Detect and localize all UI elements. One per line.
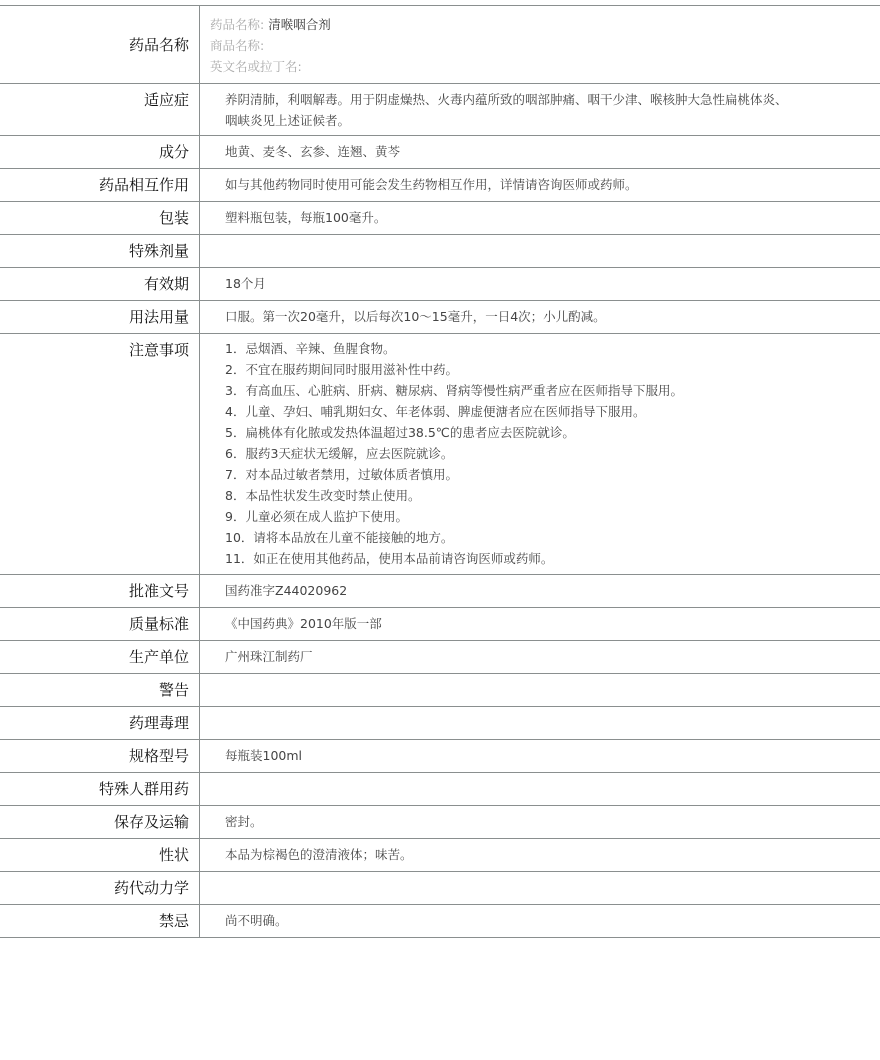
row-label: 规格型号 [0,740,200,773]
precaution-item: 4．儿童、孕妇、哺乳期妇女、年老体弱、脾虚便溏者应在医师指导下服用。 [225,401,880,422]
row-label: 药品相互作用 [0,169,200,202]
row-properties: 性状 本品为棕褐色的澄清液体；味苦。 [0,839,880,872]
drug-name-cell: 药品名称: 清喉咽合剂 商品名称: 英文名或拉丁名: [200,6,880,84]
row-interactions: 药品相互作用 如与其他药物同时使用可能会发生药物相互作用，详情请咨询医师或药师。 [0,169,880,202]
row-ingredients: 成分 地黄、麦冬、玄参、连翘、黄芩 [0,136,880,169]
precaution-item: 11．如正在使用其他药品，使用本品前请咨询医师或药师。 [225,548,880,569]
row-value [200,872,880,905]
row-label: 批准文号 [0,575,200,608]
row-value: 密封。 [200,806,880,839]
drug-spec-table: 药品名称 药品名称: 清喉咽合剂 商品名称: 英文名或拉丁名: 适应症 养阴清肺… [0,5,880,938]
row-indications: 适应症 养阴清肺，利咽解毒。用于阴虚燥热、火毒内蕴所致的咽部肿痛、咽干少津、喉核… [0,84,880,136]
row-value [200,707,880,740]
precaution-item: 5．扁桃体有化脓或发热体温超过38.5℃的患者应去医院就诊。 [225,422,880,443]
row-value: 18个月 [200,268,880,301]
row-warning: 警告 [0,674,880,707]
row-label: 质量标准 [0,608,200,641]
english-name-line: 英文名或拉丁名: [210,56,880,77]
row-value [200,235,880,268]
precaution-item: 10．请将本品放在儿童不能接触的地方。 [225,527,880,548]
precautions-list: 1．忌烟酒、辛辣、鱼腥食物。 2．不宜在服药期间同时服用滋补性中药。 3．有高血… [200,334,880,575]
drug-info-page: 药品名称 药品名称: 清喉咽合剂 商品名称: 英文名或拉丁名: 适应症 养阴清肺… [0,0,880,938]
row-value: 国药准字Z44020962 [200,575,880,608]
precaution-item: 8．本品性状发生改变时禁止使用。 [225,485,880,506]
trade-name-line: 商品名称: [210,35,880,56]
row-specification: 规格型号 每瓶装100ml [0,740,880,773]
row-pharmacology: 药理毒理 [0,707,880,740]
row-value [200,674,880,707]
row-label: 药代动力学 [0,872,200,905]
row-manufacturer: 生产单位 广州珠江制药厂 [0,641,880,674]
row-value: 每瓶装100ml [200,740,880,773]
precaution-item: 7．对本品过敏者禁用，过敏体质者慎用。 [225,464,880,485]
row-pharmacokinetics: 药代动力学 [0,872,880,905]
row-quality-standard: 质量标准 《中国药典》2010年版一部 [0,608,880,641]
english-name-key: 英文名或拉丁名: [210,59,302,74]
precaution-item: 1．忌烟酒、辛辣、鱼腥食物。 [225,338,880,359]
row-value: 口服。第一次20毫升，以后每次10～15毫升，一日4次；小儿酌减。 [200,301,880,334]
precaution-item: 6．服药3天症状无缓解，应去医院就诊。 [225,443,880,464]
row-label: 适应症 [0,84,200,136]
trade-name-key: 商品名称: [210,38,264,53]
row-label: 成分 [0,136,200,169]
row-label: 禁忌 [0,905,200,938]
row-label: 生产单位 [0,641,200,674]
row-packaging: 包装 塑料瓶包装，每瓶100毫升。 [0,202,880,235]
generic-name-key: 药品名称: [210,17,264,32]
row-label: 保存及运输 [0,806,200,839]
row-label: 用法用量 [0,301,200,334]
precaution-item: 9．儿童必须在成人监护下使用。 [225,506,880,527]
row-label: 性状 [0,839,200,872]
row-precautions: 注意事项 1．忌烟酒、辛辣、鱼腥食物。 2．不宜在服药期间同时服用滋补性中药。 … [0,334,880,575]
row-value: 《中国药典》2010年版一部 [200,608,880,641]
row-storage: 保存及运输 密封。 [0,806,880,839]
row-label: 注意事项 [0,334,200,575]
row-value: 广州珠江制药厂 [200,641,880,674]
row-value: 塑料瓶包装，每瓶100毫升。 [200,202,880,235]
row-value: 本品为棕褐色的澄清液体；味苦。 [200,839,880,872]
precaution-item: 2．不宜在服药期间同时服用滋补性中药。 [225,359,880,380]
row-value: 如与其他药物同时使用可能会发生药物相互作用，详情请咨询医师或药师。 [200,169,880,202]
row-label: 包装 [0,202,200,235]
row-special-dosage: 特殊剂量 [0,235,880,268]
row-label: 有效期 [0,268,200,301]
row-value: 养阴清肺，利咽解毒。用于阴虚燥热、火毒内蕴所致的咽部肿痛、咽干少津、喉核肿大急性… [200,84,880,136]
row-label: 特殊剂量 [0,235,200,268]
row-drug-name: 药品名称 药品名称: 清喉咽合剂 商品名称: 英文名或拉丁名: [0,6,880,84]
row-label: 药品名称 [0,6,200,84]
row-special-population: 特殊人群用药 [0,773,880,806]
generic-name-line: 药品名称: 清喉咽合剂 [210,14,880,35]
row-usage: 用法用量 口服。第一次20毫升，以后每次10～15毫升，一日4次；小儿酌减。 [0,301,880,334]
row-value [200,773,880,806]
row-label: 药理毒理 [0,707,200,740]
row-label: 警告 [0,674,200,707]
row-contraindications: 禁忌 尚不明确。 [0,905,880,938]
row-value: 地黄、麦冬、玄参、连翘、黄芩 [200,136,880,169]
generic-name-value: 清喉咽合剂 [268,17,331,32]
row-shelf-life: 有效期 18个月 [0,268,880,301]
row-value: 尚不明确。 [200,905,880,938]
row-label: 特殊人群用药 [0,773,200,806]
precaution-item: 3．有高血压、心脏病、肝病、糖尿病、肾病等慢性病严重者应在医师指导下服用。 [225,380,880,401]
row-approval-number: 批准文号 国药准字Z44020962 [0,575,880,608]
